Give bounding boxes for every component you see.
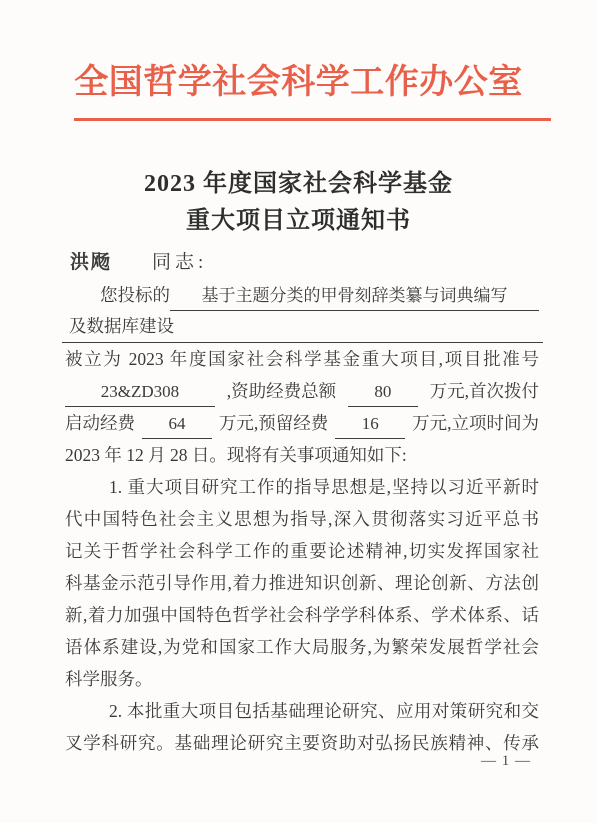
document-page: 全国哲学社会科学工作办公室 2023 年度国家社会科学基金 重大项目立项通知书 …: [0, 0, 597, 823]
body-line: 代中国特色社会主义思想为指导,深入贯彻落实习近平总书: [65, 503, 539, 535]
document-title-line2: 重大项目立项通知书: [0, 203, 597, 240]
total-amount: 80: [374, 382, 391, 401]
approval-line3: 启动经费 64 万元,预留经费 16 万元,立项时间为: [65, 407, 539, 439]
project-title-text1: 基于主题分类的甲骨刻辞类纂与词典编写: [202, 286, 508, 305]
total-funding-label: ,资助经费总额: [227, 375, 336, 407]
body-line: 科学服务。: [65, 663, 539, 695]
body-line: 新,着力加强中国特色哲学社会科学学科体系、学术体系、话: [65, 599, 539, 631]
startup-funding-label: 启动经费: [65, 407, 135, 439]
startup-amount: 64: [168, 414, 185, 433]
page-number: — 1 —: [481, 753, 531, 770]
body-line: 语体系建设,为党和国家工作大局服务,为繁荣发展哲学社会: [65, 631, 539, 663]
org-header-title: 全国哲学社会科学工作办公室: [0, 54, 597, 103]
first-payment-label: 万元,首次拨付: [430, 375, 539, 407]
letter-body: 洪飏同志: 您投标的 基于主题分类的甲骨刻辞类纂与词典编写 及数据库建设 被立为…: [65, 247, 539, 759]
project-title-text2: 及数据库建设: [62, 316, 174, 336]
startup-amount-blank: 64: [142, 410, 212, 439]
reserve-amount-blank: 16: [335, 410, 405, 439]
document-title: 2023 年度国家社会科学基金 重大项目立项通知书: [0, 166, 597, 240]
project-title-line1: 您投标的 基于主题分类的甲骨刻辞类纂与词典编写: [65, 279, 539, 311]
approval-line1: 被立为 2023 年度国家社会科学基金重大项目,项目批准号: [65, 343, 539, 375]
reserve-funding-label: 万元,预留经费: [219, 407, 328, 439]
approval-line2: 23&ZD308 ,资助经费总额 80 万元,首次拨付: [65, 375, 539, 407]
document-title-line1: 2023 年度国家社会科学基金: [0, 166, 597, 203]
body-line: 1. 重大项目研究工作的指导思想是,坚持以习近平新时: [65, 471, 539, 503]
total-amount-blank: 80: [348, 378, 418, 407]
approval-time-label: 万元,立项时间为: [412, 407, 539, 439]
approval-number: 23&ZD308: [101, 382, 179, 401]
body-line: 科基金示范引导作用,着力推进知识创新、理论创新、方法创: [65, 567, 539, 599]
approval-date-line: 2023 年 12 月 28 日。现将有关事项通知如下:: [65, 439, 539, 471]
body-line: 叉学科研究。基础理论研究主要资助对弘扬民族精神、传承: [65, 727, 539, 759]
recipient-name: 洪飏: [70, 252, 112, 273]
reserve-amount: 16: [362, 414, 379, 433]
salutation-line: 洪飏同志:: [65, 247, 539, 279]
salutation-suffix: 同志:: [152, 252, 207, 273]
body-line: 2. 本批重大项目包括基础理论研究、应用对策研究和交: [65, 695, 539, 727]
project-lead-in: 您投标的: [100, 279, 170, 311]
approval-number-blank: 23&ZD308: [65, 378, 215, 407]
project-title-line2: 及数据库建设: [62, 311, 543, 343]
body-line: 记关于哲学社会科学工作的重要论述精神,切实发挥国家社: [65, 535, 539, 567]
header-divider-line: [74, 118, 551, 121]
project-title-blank: 基于主题分类的甲骨刻辞类纂与词典编写: [170, 282, 539, 311]
